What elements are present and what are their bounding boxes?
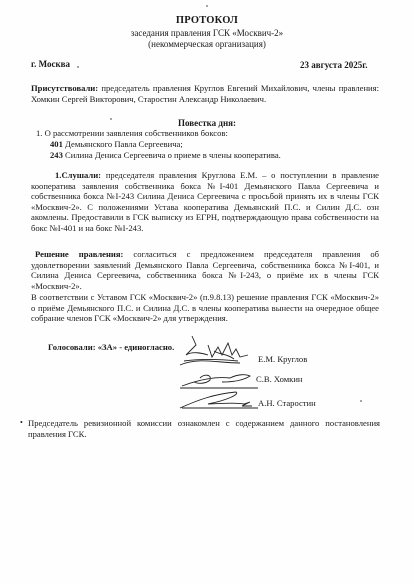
- signature-kruglov: [178, 333, 258, 369]
- agenda-list: 1. О рассмотрении заявления собственнико…: [36, 128, 281, 160]
- agenda-item-1: 1. О рассмотрении заявления собственнико…: [36, 128, 281, 139]
- organization-type: (некоммерческая организация): [0, 39, 414, 49]
- scan-speck: [206, 5, 208, 7]
- box-number: 401: [50, 139, 63, 149]
- heard-section: 1.Слушали: председателя правления Кругло…: [31, 170, 379, 234]
- heard-label: 1.Слушали:: [55, 170, 101, 180]
- audit-commission-note: • Председатель ревизионной комиссии озна…: [28, 418, 380, 439]
- present-label: Присутствовали:: [31, 83, 98, 93]
- note-text: Председатель ревизионной комиссии ознако…: [28, 418, 380, 439]
- decision-charter-text: В соответствии с Уставом ГСК «Москвич-2»…: [31, 292, 379, 324]
- box-number: 243: [50, 150, 63, 160]
- agenda-box-243: 243 Силина Дениса Сергеевича о приеме в …: [36, 150, 281, 161]
- box-owner: Демьянского Павла Сергеевича;: [63, 139, 183, 149]
- city: г. Москва: [31, 59, 70, 69]
- decision-section: Решение правления: согласиться с предлож…: [31, 249, 379, 291]
- decision-label: Решение правления:: [35, 249, 123, 259]
- document-subtitle: заседания правления ГСК «Москвич-2»: [0, 28, 414, 38]
- signatory-name: С.В. Хомкин: [256, 374, 303, 384]
- signature-starostin: [178, 388, 258, 410]
- signatory-name: Е.М. Круглов: [258, 354, 307, 364]
- box-owner: Силина Дениса Сергеевича о приеме в член…: [63, 150, 281, 160]
- date: 23 августа 2025г.: [300, 60, 368, 70]
- agenda-box-401: 401 Демьянского Павла Сергеевича;: [36, 139, 281, 150]
- present-section: Присутствовали: председатель правления К…: [31, 83, 379, 104]
- agenda-heading: Повестка дня:: [0, 118, 414, 128]
- bullet-icon: •: [20, 418, 23, 429]
- scan-speck: [360, 400, 362, 402]
- vote-result: Голосовали: «ЗА» - единогласно.: [48, 342, 174, 352]
- document-title: ПРОТОКОЛ: [0, 15, 414, 26]
- signature-khomkin: [178, 370, 258, 390]
- document-page: ПРОТОКОЛ заседания правления ГСК «Москви…: [0, 0, 414, 585]
- scan-speck: [110, 118, 112, 120]
- scan-speck: [77, 66, 79, 68]
- signatory-name: А.Н. Старостин: [258, 398, 316, 408]
